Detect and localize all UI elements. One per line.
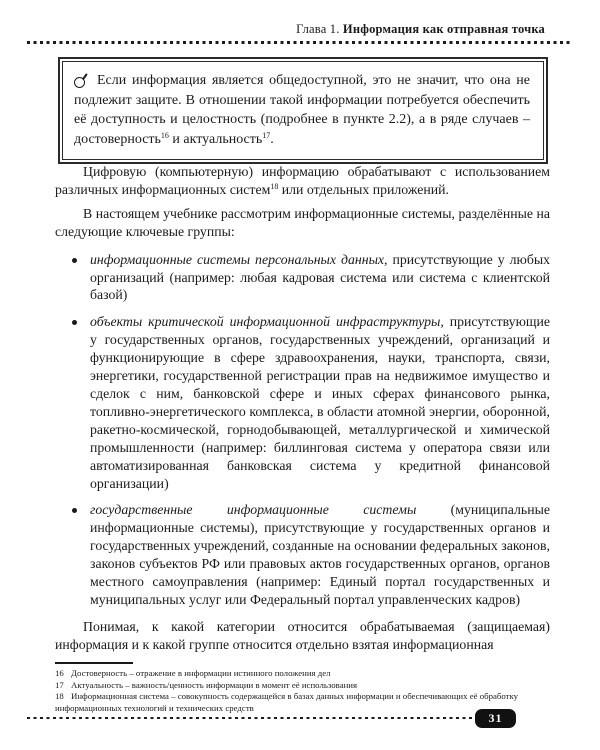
page-footer-rule: 31 [27,708,573,728]
top-dotted-rule [27,41,573,44]
list-item-lead: информационные системы персональных данн… [90,252,384,267]
footnote-16: 16Достоверность – отражение в информации… [55,668,550,680]
list-item-rest: , присутствующие у государственных орган… [90,314,550,490]
list-item-personal-data-systems: информационные системы персональных данн… [55,251,550,305]
note-text-2: и актуальность [169,132,262,147]
footnote-number: 16 [55,668,71,680]
list-item-lead: государственные информационные системы [90,502,416,517]
footnote-text: Актуальность – важность/ценность информа… [71,680,357,690]
running-head: Глава 1. Информация как отправная точка [55,22,545,37]
footnotes-block: 16Достоверность – отражение в информации… [55,662,550,715]
chapter-label: Глава 1. [296,22,343,36]
footnote-17: 17Актуальность – важность/ценность инфор… [55,680,550,692]
list-item-state-info-systems: государственные информационные системы (… [55,501,550,608]
chapter-title: Информация как отправная точка [343,22,545,36]
footnote-number: 17 [55,680,71,692]
footnote-separator [55,662,133,665]
main-text-column: Цифровую (компьютерную) информацию обраб… [55,163,550,654]
note-box: Если информация является общедоступной, … [58,57,548,164]
bottom-dotted-rule [27,717,472,720]
list-item-rest: (муниципальные информационные системы), … [90,502,550,607]
paragraph-key-groups-intro: В настоящем учебнике рассмотрим информац… [55,205,550,241]
paragraph-closing: Понимая, к какой категории относится обр… [55,618,550,654]
note-box-text: Если информация является общедоступной, … [62,61,544,160]
footnote-number: 18 [55,691,71,703]
note-text-1: Если информация является общедоступной, … [74,73,530,147]
note-text-3: . [270,132,274,147]
book-page: Глава 1. Информация как отправная точка … [0,0,600,750]
footnote-text: Достоверность – отражение в информации и… [71,668,331,678]
paragraph-digital-info: Цифровую (компьютерную) информацию обраб… [55,163,550,199]
page-number-badge: 31 [475,709,516,728]
list-item-lead: объекты критической информационной инфра… [90,314,440,329]
paragraph-text: или отдельных приложений. [278,182,449,197]
list-item-critical-infrastructure: объекты критической информационной инфра… [55,313,550,492]
footnote-ref-16: 16 [161,131,169,140]
key-groups-list: информационные системы персональных данн… [55,251,550,609]
magnifier-icon [74,72,89,90]
